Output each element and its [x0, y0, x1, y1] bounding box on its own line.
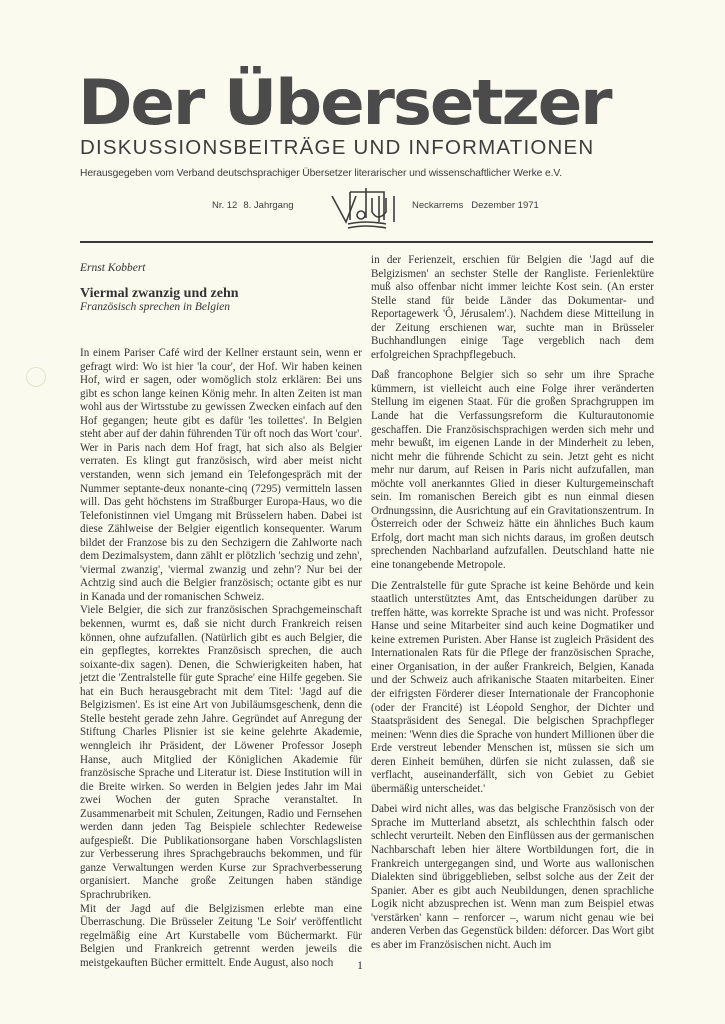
publisher-line: Herausgegeben vom Verband deutschsprachi… — [80, 168, 680, 179]
paragraph: in der Ferienzeit, erschien für Belgien … — [371, 254, 654, 362]
punch-hole-mark — [26, 367, 46, 387]
issue-info: Nr. 128. Jahrgang — [212, 200, 300, 211]
paragraph: Daß francophone Belgier sich so sehr um … — [371, 369, 654, 572]
header-divider — [80, 241, 653, 243]
article-right-column: in der Ferienzeit, erschien für Belgien … — [371, 254, 654, 952]
volume: 8. Jahrgang — [243, 200, 293, 211]
issue-date: Dezember 1971 — [471, 200, 539, 211]
page-number: 1 — [357, 958, 363, 973]
article-subheadline: Französisch sprechen in Belgien — [80, 301, 362, 315]
issue-place: Neckarrems — [412, 200, 463, 211]
paragraph: Viele Belgier, die sich zur französische… — [80, 604, 362, 902]
paragraph: Dabei wird nicht alles, was das belgisch… — [371, 803, 654, 952]
paragraph: Mit der Jagd auf die Belgizismen erlebte… — [80, 903, 362, 971]
document-page: Der Übersetzer DISKUSSIONSBEITRÄGE UND I… — [0, 0, 725, 1024]
paragraph: Die Zentralstelle für gute Sprache ist k… — [371, 580, 654, 797]
paragraph: In einem Pariser Café wird der Kellner e… — [80, 347, 362, 604]
issue-place-date: NeckarremsDezember 1971 — [412, 200, 547, 211]
article-headline: Viermal zwanzig und zehn — [80, 286, 362, 301]
masthead-title: Der Übersetzer — [78, 70, 693, 136]
issue-number: Nr. 12 — [212, 200, 237, 211]
article-left-column: Ernst Kobbert Viermal zwanzig und zehn F… — [80, 258, 362, 970]
article-author: Ernst Kobbert — [80, 262, 362, 276]
vdu-logo-icon — [328, 188, 406, 232]
masthead-subtitle: DISKUSSIONSBEITRÄGE UND INFORMATIONEN — [80, 136, 655, 160]
